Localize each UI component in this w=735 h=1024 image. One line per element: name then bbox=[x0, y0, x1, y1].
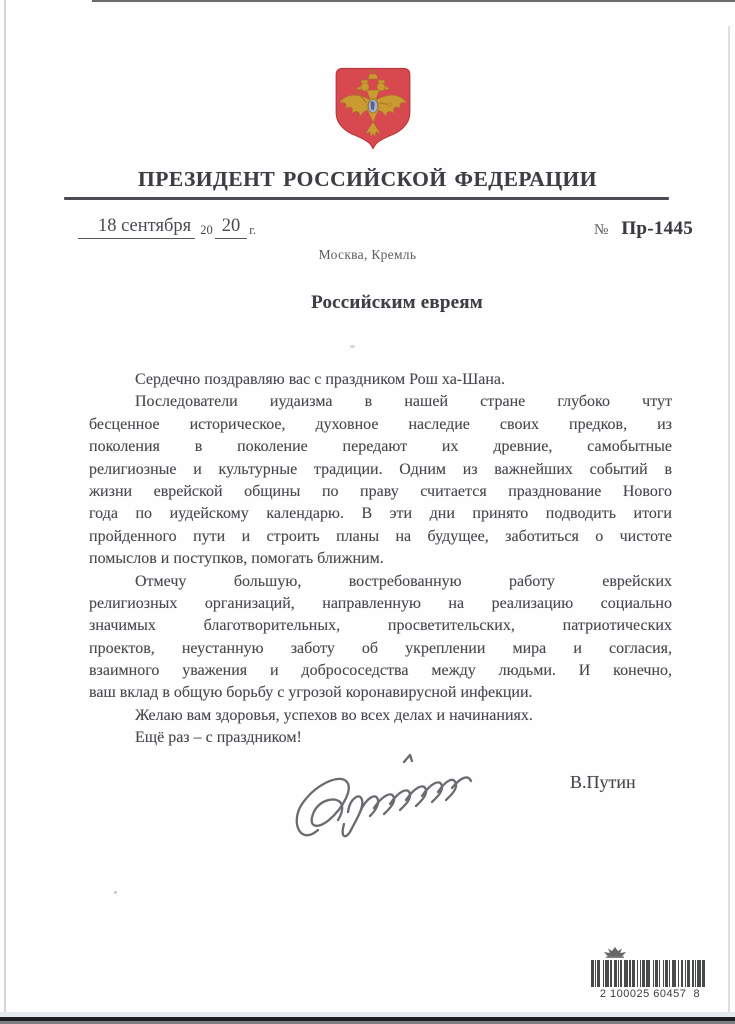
body-line: помыслов и поступков, помогать ближним. bbox=[89, 548, 672, 570]
barcode-digits: 2 100025 60457 8 bbox=[585, 988, 715, 1000]
body-line: проектов, неустанную заботу об укреплени… bbox=[89, 638, 672, 660]
date-day-month: 18 сентября bbox=[78, 216, 195, 239]
scan-artifact-dot bbox=[114, 891, 117, 894]
letter-body: Сердечно поздравляю вас с праздником Рош… bbox=[89, 369, 672, 750]
body-line: взаимного уважения и добрососедства межд… bbox=[89, 660, 672, 682]
body-line: пройденного пути и строить планы на буду… bbox=[89, 526, 672, 548]
scan-artifact-dot bbox=[350, 345, 355, 348]
date-century: 20 bbox=[200, 223, 213, 237]
number-value: Пр-1445 bbox=[621, 218, 693, 239]
scan-artifact-top-line bbox=[92, 0, 735, 2]
date-line: 18 сентября2020г. bbox=[78, 216, 256, 239]
body-line: Ещё раз – с праздником! bbox=[89, 727, 672, 749]
date-year: 20 bbox=[215, 216, 248, 239]
body-line: религиозные и культурные традиции. Одним… bbox=[89, 459, 672, 481]
body-line: Желаю вам здоровья, успехов во всех дела… bbox=[89, 705, 672, 727]
body-line: Отмечу большую, востребованную работу ев… bbox=[89, 571, 672, 593]
body-line: бесценное историческое, духовное наследи… bbox=[89, 414, 672, 436]
body-line: значимых благотворительных, просветитель… bbox=[89, 615, 672, 637]
signature-handwriting bbox=[288, 750, 503, 858]
scan-artifact-left-edge bbox=[4, 0, 6, 1012]
letterhead-rule bbox=[64, 197, 669, 200]
body-line: Последователи иудаизма в нашей стране гл… bbox=[89, 391, 672, 413]
body-line: Сердечно поздравляю вас с праздником Рош… bbox=[89, 369, 672, 391]
body-line: жизни еврейской общины по праву считаетс… bbox=[89, 481, 672, 503]
barcode-bars bbox=[591, 960, 705, 987]
body-line: ваш вклад в общую борьбу с угрозой корон… bbox=[89, 682, 672, 704]
barcode-block: 2 100025 60457 8 bbox=[585, 945, 715, 1007]
barcode-emblem-icon bbox=[603, 946, 627, 959]
russian-coat-of-arms-icon bbox=[333, 66, 413, 151]
number-sign: № bbox=[594, 222, 608, 238]
document-number: №Пр-1445 bbox=[594, 218, 693, 240]
body-line: поколения в поколение передают их древни… bbox=[89, 436, 672, 458]
letterhead-title: ПРЕЗИДЕНТ РОССИЙСКОЙ ФЕДЕРАЦИИ bbox=[0, 167, 735, 192]
signer-name: В.Путин bbox=[570, 772, 636, 793]
body-line: религиозных организаций, направленную на… bbox=[89, 593, 672, 615]
barcode-bar bbox=[702, 960, 705, 987]
body-line: года по иудейскому календарю. В эти дни … bbox=[89, 503, 672, 525]
addressee-heading: Российским евреям bbox=[62, 292, 732, 314]
date-suffix: г. bbox=[249, 223, 256, 237]
letter-page: ПРЕЗИДЕНТ РОССИЙСКОЙ ФЕДЕРАЦИИ 18 сентяб… bbox=[0, 0, 735, 1024]
place-line: Москва, Кремль bbox=[0, 247, 735, 263]
